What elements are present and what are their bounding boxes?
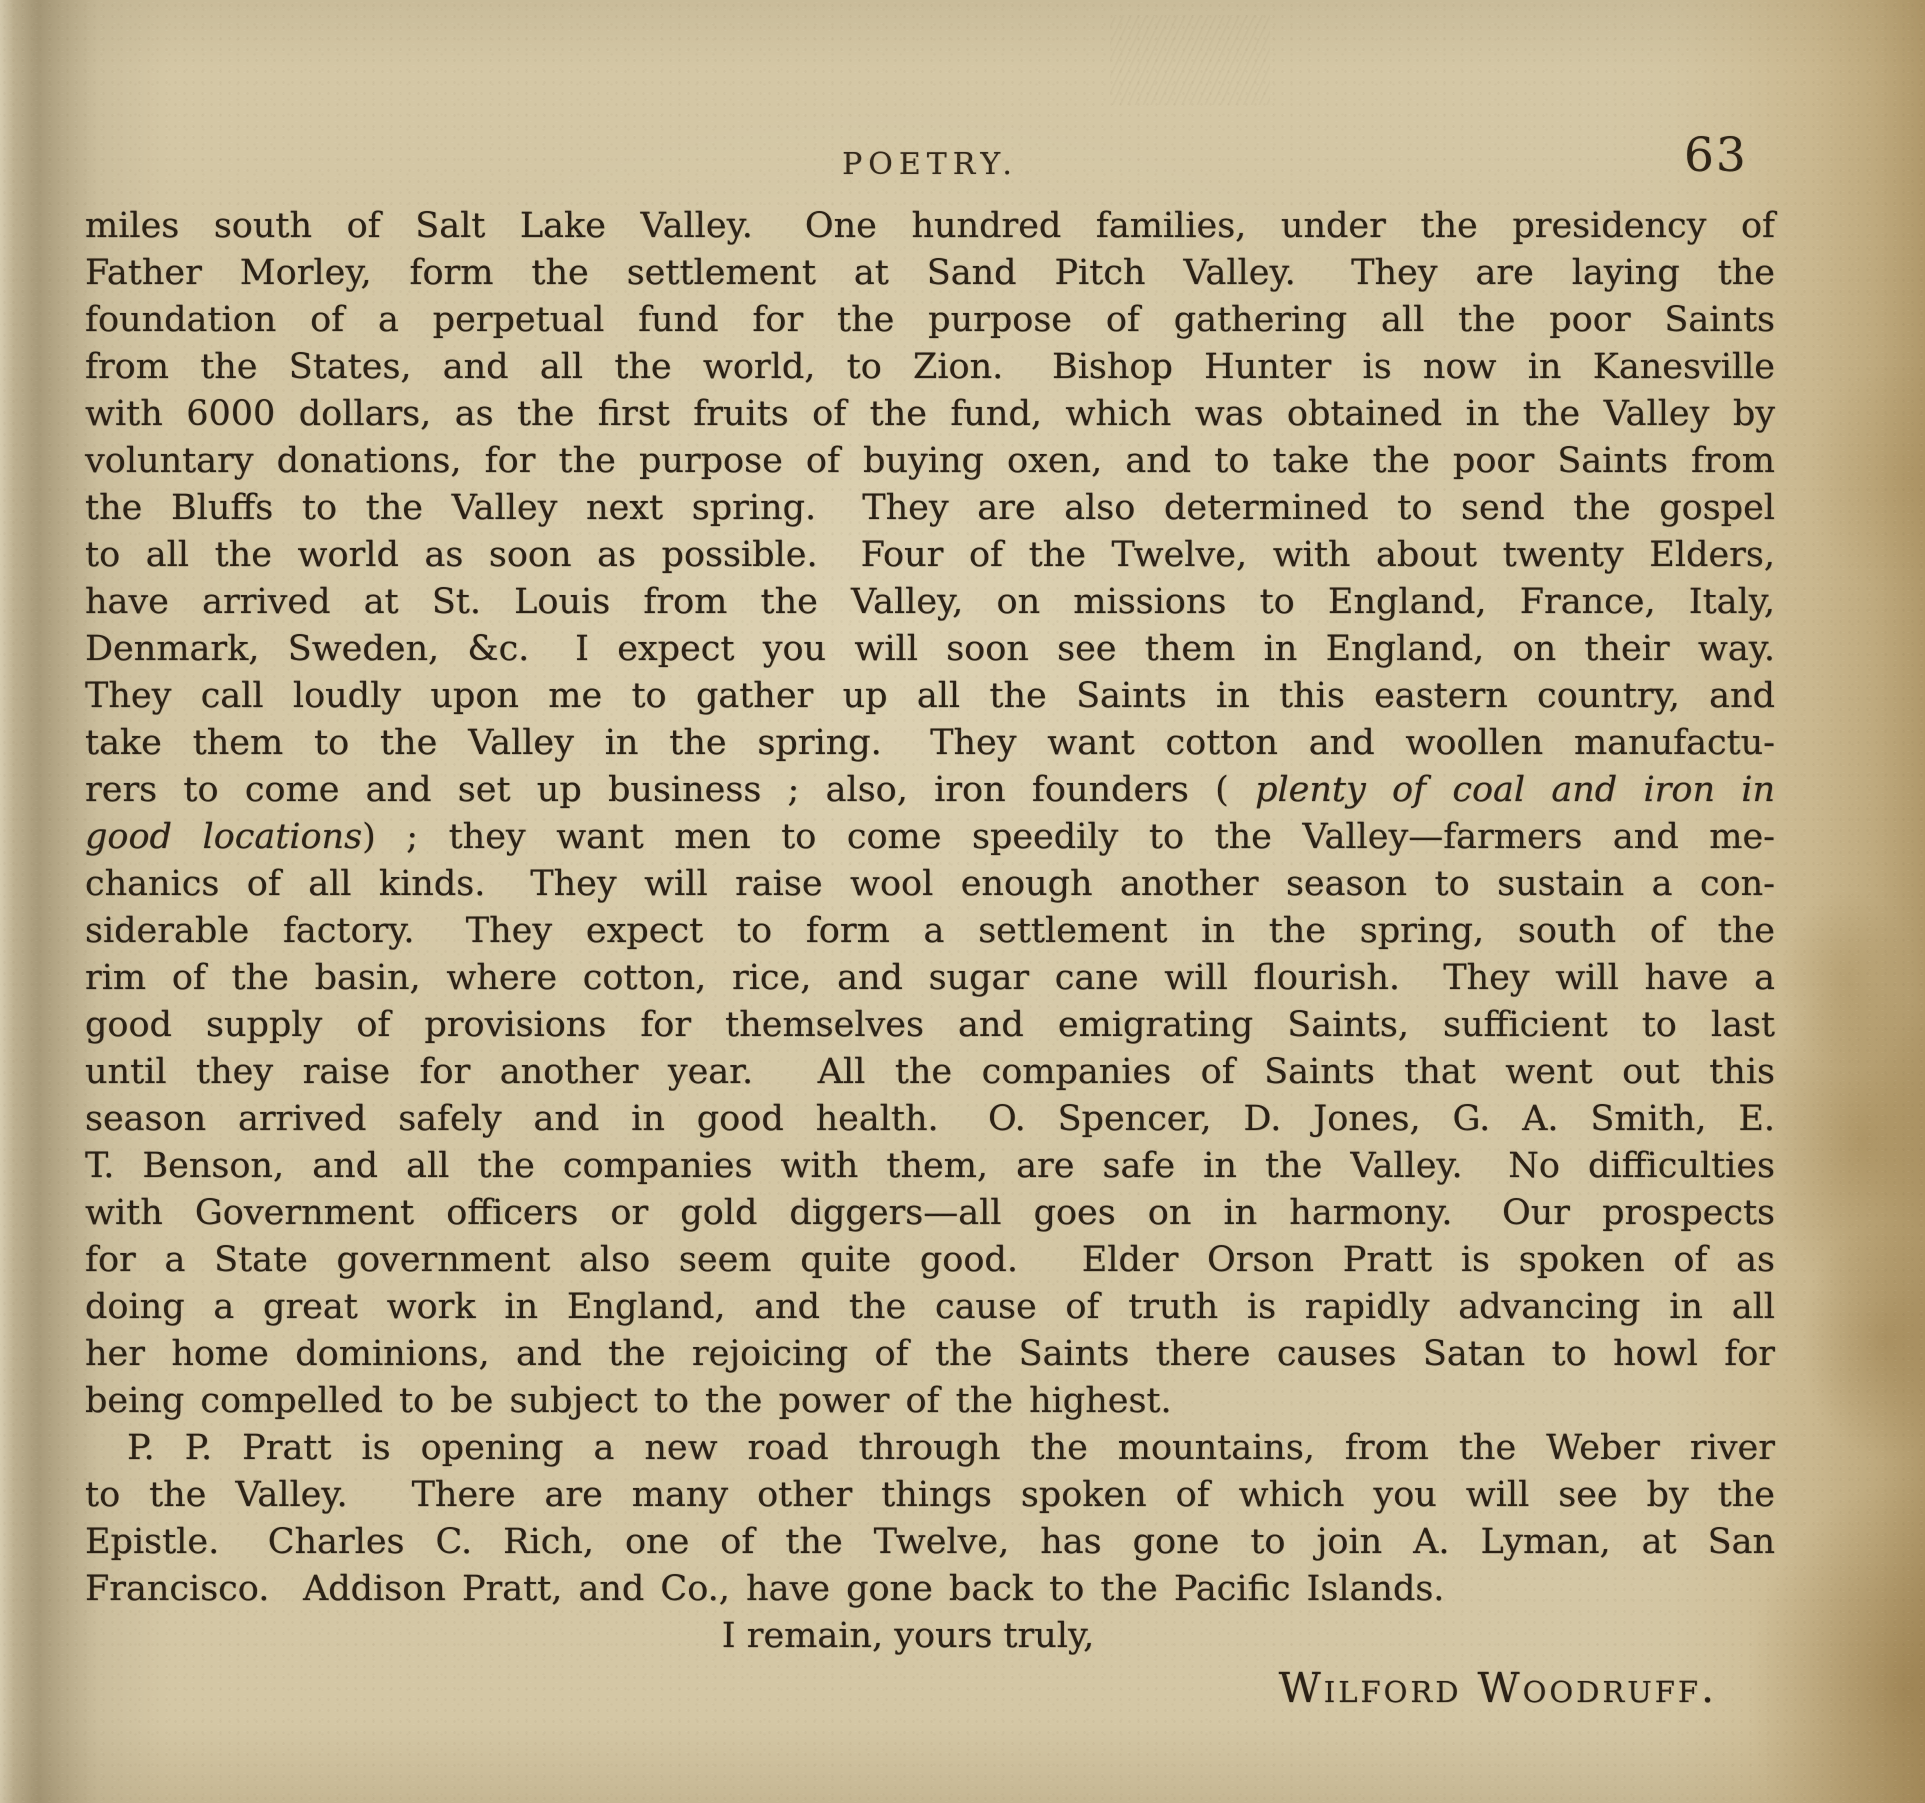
- text-line: with 6000 dollars, as the first fruits o…: [85, 391, 1775, 438]
- text-segment: rim of the basin, where cotton, rice, an…: [85, 958, 1775, 998]
- book-page: POETRY. 63 miles south of Salt Lake Vall…: [0, 0, 1925, 1803]
- text-segment: They call loudly upon me to gather up al…: [85, 676, 1775, 716]
- text-segment: foundation of a perpetual fund for the p…: [85, 300, 1775, 340]
- letter-text-column: miles south of Salt Lake Valley. One hun…: [85, 203, 1775, 1712]
- text-segment: miles south of Salt Lake Valley. One hun…: [85, 206, 1775, 246]
- text-segment: P. P. Pratt is opening a new road throug…: [127, 1428, 1775, 1468]
- text-segment: from the States, and all the world, to Z…: [85, 347, 1775, 387]
- running-title: POETRY.: [85, 147, 1775, 182]
- text-segment: her home dominions, and the rejoicing of…: [85, 1334, 1775, 1374]
- text-line: foundation of a perpetual fund for the p…: [85, 297, 1775, 344]
- text-segment: rers to come and set up business ; also,…: [85, 770, 1255, 810]
- text-segment: good supply of provisions for themselves…: [85, 1005, 1775, 1045]
- text-segment: until they raise for another year. All t…: [85, 1052, 1775, 1092]
- signature: Wilford Woodruff.: [85, 1665, 1775, 1712]
- text-segment: have arrived at St. Louis from the Valle…: [85, 582, 1775, 622]
- text-line: her home dominions, and the rejoicing of…: [85, 1331, 1775, 1378]
- text-line: good locations) ; they want men to come …: [85, 814, 1775, 861]
- text-segment: with Government officers or gold diggers…: [85, 1193, 1775, 1233]
- text-segment: to all the world as soon as possible. Fo…: [85, 535, 1775, 575]
- text-segment: siderable factory. They expect to form a…: [85, 911, 1775, 951]
- text-line: Father Morley, form the settlement at Sa…: [85, 250, 1775, 297]
- text-line: voluntary donations, for the purpose of …: [85, 438, 1775, 485]
- text-line: They call loudly upon me to gather up al…: [85, 673, 1775, 720]
- text-segment: to the Valley. There are many other thin…: [85, 1475, 1775, 1515]
- text-line: Denmark, Sweden, &c. I expect you will s…: [85, 626, 1775, 673]
- text-line: good supply of provisions for themselves…: [85, 1002, 1775, 1049]
- closing-salutation: I remain, yours truly,: [63, 1613, 1753, 1660]
- text-segment: Father Morley, form the settlement at Sa…: [85, 253, 1775, 293]
- page-number: 63: [1684, 128, 1748, 183]
- text-line: the Bluffs to the Valley next spring. Th…: [85, 485, 1775, 532]
- text-line: with Government officers or gold diggers…: [85, 1190, 1775, 1237]
- text-segment: chanics of all kinds. They will raise wo…: [85, 864, 1775, 904]
- italic-text-segment: plenty of coal and iron in: [1255, 770, 1775, 810]
- text-line: siderable factory. They expect to form a…: [85, 908, 1775, 955]
- text-segment: ) ; they want men to come speedily to th…: [362, 817, 1775, 857]
- text-segment: Epistle. Charles C. Rich, one of the Twe…: [85, 1522, 1775, 1562]
- text-segment: the Bluffs to the Valley next spring. Th…: [85, 488, 1775, 528]
- text-line: for a State government also seem quite g…: [85, 1237, 1775, 1284]
- text-line: to the Valley. There are many other thin…: [85, 1472, 1775, 1519]
- text-segment: season arrived safely and in good health…: [85, 1099, 1775, 1139]
- text-segment: take them to the Valley in the spring. T…: [85, 723, 1775, 763]
- text-line: miles south of Salt Lake Valley. One hun…: [85, 203, 1775, 250]
- text-line: have arrived at St. Louis from the Valle…: [85, 579, 1775, 626]
- text-line: rim of the basin, where cotton, rice, an…: [85, 955, 1775, 1002]
- text-line: from the States, and all the world, to Z…: [85, 344, 1775, 391]
- text-segment: Francisco. Addison Pratt, and Co., have …: [85, 1569, 1444, 1609]
- text-line: to all the world as soon as possible. Fo…: [85, 532, 1775, 579]
- text-segment: being compelled to be subject to the pow…: [85, 1381, 1172, 1421]
- text-line: chanics of all kinds. They will raise wo…: [85, 861, 1775, 908]
- text-segment: T. Benson, and all the companies with th…: [85, 1146, 1775, 1186]
- text-line: rers to come and set up business ; also,…: [85, 767, 1775, 814]
- text-line: Francisco. Addison Pratt, and Co., have …: [85, 1566, 1775, 1613]
- text-line: Epistle. Charles C. Rich, one of the Twe…: [85, 1519, 1775, 1566]
- text-segment: with 6000 dollars, as the first fruits o…: [85, 394, 1775, 434]
- text-segment: doing a great work in England, and the c…: [85, 1287, 1775, 1327]
- text-line: P. P. Pratt is opening a new road throug…: [85, 1425, 1775, 1472]
- text-segment: for a State government also seem quite g…: [85, 1240, 1775, 1280]
- text-line: take them to the Valley in the spring. T…: [85, 720, 1775, 767]
- text-line: being compelled to be subject to the pow…: [85, 1378, 1775, 1425]
- letter-body: miles south of Salt Lake Valley. One hun…: [85, 203, 1775, 1613]
- text-line: T. Benson, and all the companies with th…: [85, 1143, 1775, 1190]
- text-segment: voluntary donations, for the purpose of …: [85, 441, 1775, 481]
- text-line: season arrived safely and in good health…: [85, 1096, 1775, 1143]
- text-segment: Denmark, Sweden, &c. I expect you will s…: [85, 629, 1775, 669]
- italic-text-segment: good locations: [85, 817, 362, 857]
- text-line: until they raise for another year. All t…: [85, 1049, 1775, 1096]
- text-line: doing a great work in England, and the c…: [85, 1284, 1775, 1331]
